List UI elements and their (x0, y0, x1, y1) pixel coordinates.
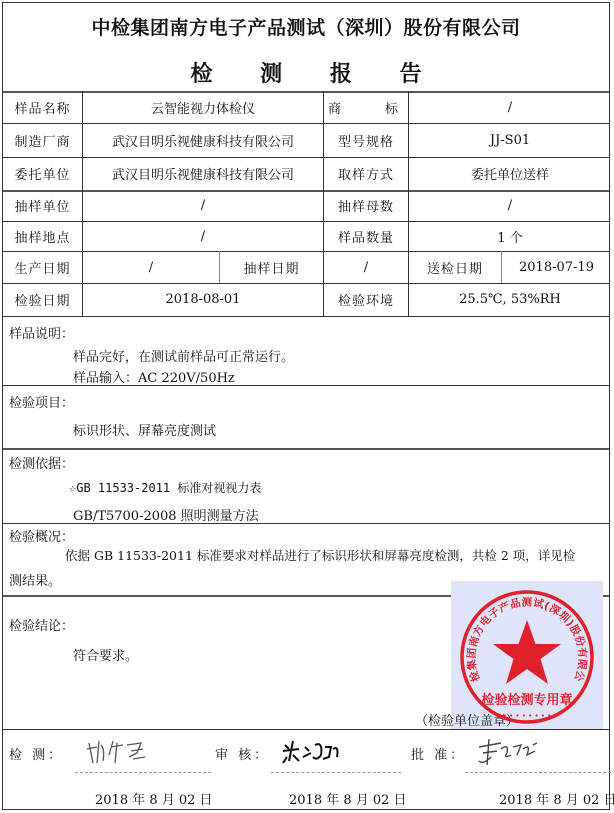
test-basis-title: 检测依据： (9, 453, 74, 472)
label-sample-quantity: 样品数量 (324, 221, 408, 251)
label-manufacturer: 制造厂商 (3, 123, 82, 157)
divider (3, 316, 609, 317)
label-environment: 检验环境 (324, 283, 408, 316)
report-title: 检 测 报 告 (3, 57, 609, 88)
label-sample-name: 样品名称 (3, 91, 82, 123)
label-model: 型号规格 (324, 123, 408, 157)
sample-description-line: 样品输入：AC 220V/50Hz (73, 367, 235, 386)
sample-description-title: 样品说明： (9, 323, 74, 342)
value-submission-date: 2018-07-19 (502, 251, 611, 283)
label-client: 委托单位 (3, 157, 82, 190)
divider (3, 385, 609, 386)
value-manufacturer: 武汉目明乐视健康科技有限公司 (83, 123, 323, 157)
label-sample-base: 抽样母数 (324, 190, 408, 221)
sample-description-line: 样品完好，在测试前样品可正常运行。 (73, 346, 294, 365)
approver-signature-icon (475, 735, 555, 769)
reviewer-date: 2018 年 8 月 02 日 (289, 789, 407, 808)
label-inspection-date: 检验日期 (3, 283, 82, 316)
value-trademark: / (409, 91, 611, 123)
approver-label: 批 准： (411, 744, 466, 763)
conclusion-text: 符合要求。 (73, 645, 138, 664)
tester-date: 2018 年 8 月 02 日 (95, 789, 213, 808)
reviewer-label: 审 核： (215, 744, 270, 763)
reviewer-signature-line (271, 772, 401, 773)
tester-label: 检 测： (9, 744, 64, 763)
divider (3, 729, 609, 730)
tester-signature-line (75, 772, 211, 773)
test-items-title: 检验项目： (9, 392, 74, 411)
value-inspection-date: 2018-08-01 (83, 283, 323, 316)
label-trademark: 商 标 (324, 91, 408, 123)
overview-line: 依据 GB 11533-2011 标准要求对样品进行了标识形状和屏幕亮度检测，共… (65, 546, 575, 564)
label-sampling-location: 抽样地点 (3, 221, 82, 251)
label-production-date: 生产日期 (3, 251, 82, 283)
label-sampling-unit: 抽样单位 (3, 190, 82, 221)
overview-line: 测结果。 (9, 570, 61, 589)
approver-date: 2018 年 8 月 02 日 (499, 789, 614, 808)
value-sampling-location: / (83, 221, 323, 251)
value-sampling-date: / (324, 251, 408, 283)
label-sampling-date: 抽样日期 (220, 251, 323, 283)
report-header: 中检集团南方电子产品测试（深圳）股份有限公司 检 测 报 告 (3, 3, 609, 91)
label-sampling-method: 取样方式 (324, 157, 408, 190)
divider (3, 448, 609, 450)
conclusion-title: 检验结论： (9, 615, 74, 634)
value-sampling-method: 委托单位送样 (409, 157, 611, 190)
tester-signature-icon (83, 735, 163, 767)
value-sample-base: / (409, 190, 611, 221)
approver-signature-line (465, 772, 611, 773)
reviewer-signature-icon (279, 735, 349, 767)
value-client: 武汉目明乐视健康科技有限公司 (83, 157, 323, 190)
test-report-page: 中检集团南方电子产品测试（深圳）股份有限公司 检 测 报 告 样品名称 云智能视… (2, 2, 610, 810)
test-basis-line: ☆GB 11533-2011 标准对视视力表 (69, 479, 261, 496)
label-submission-date: 送检日期 (409, 251, 501, 283)
overview-title: 检验概况： (9, 526, 74, 545)
test-items-line: 标识形状、屏幕亮度测试 (73, 420, 216, 439)
value-sampling-unit: / (83, 190, 323, 221)
company-name: 中检集团南方电子产品测试（深圳）股份有限公司 (3, 13, 609, 40)
value-production-date: / (83, 251, 219, 283)
value-sample-name: 云智能视力体检仪 (83, 91, 323, 123)
value-model: JJ-S01 (409, 123, 611, 157)
value-sample-quantity: 1 个 (409, 221, 611, 251)
svg-text:• • • • • • • •: • • • • • • • • (503, 712, 552, 720)
test-basis-line: GB/T5700-2008 照明测量方法 (73, 505, 259, 524)
value-environment: 25.5℃, 53%RH (409, 283, 611, 316)
divider (3, 523, 609, 524)
official-seal-icon: 中检集团南方电子产品测试(深圳)股份有限公司 检验检测专用章 • • • • •… (458, 588, 596, 726)
svg-text:检验检测专用章: 检验检测专用章 (481, 692, 572, 708)
